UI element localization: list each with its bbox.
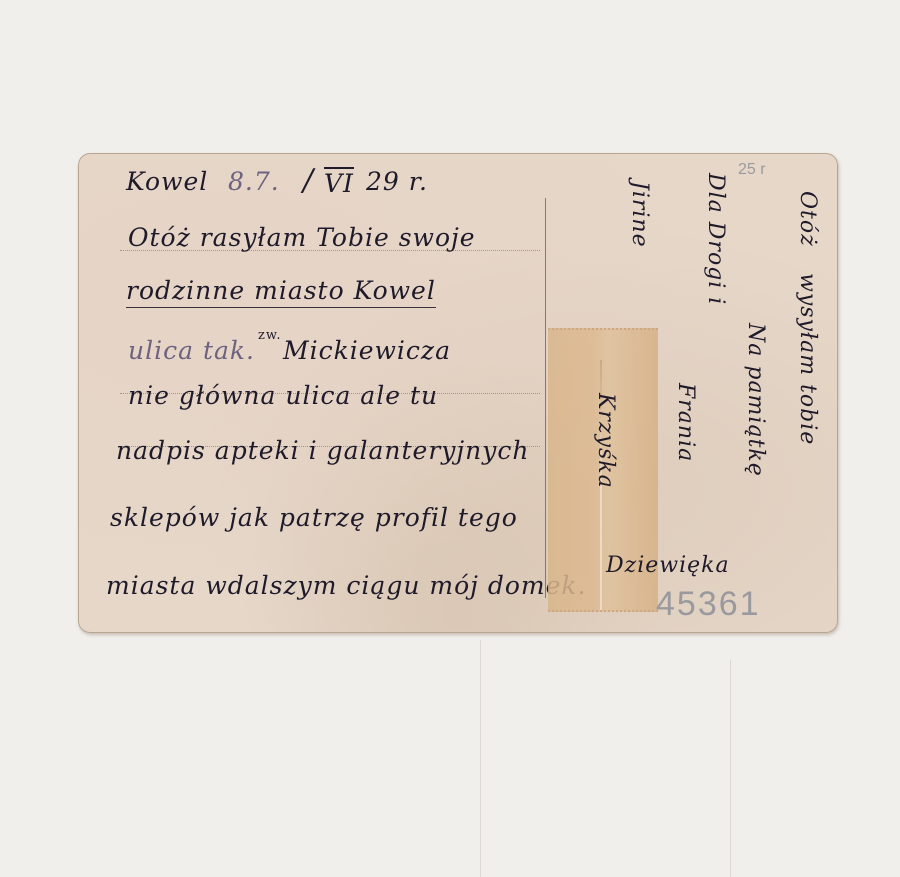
text-line-4: nie główna ulica ale tu bbox=[128, 381, 438, 410]
date-slash: / bbox=[303, 163, 314, 198]
text-line-3: ulica tak. bbox=[128, 336, 255, 365]
date-month: VI bbox=[324, 167, 354, 198]
address-divider bbox=[545, 198, 546, 598]
right-signature: Dziewięka bbox=[606, 553, 730, 578]
scan-streak bbox=[480, 640, 481, 877]
right-line-pamiatke: Na pamiątkę bbox=[743, 323, 768, 477]
text-line-5: nadpis apteki i galanteryjnych bbox=[116, 436, 529, 465]
text-line-3-name: Mickiewicza bbox=[283, 336, 451, 365]
right-line-krzyska: Krzyśka bbox=[593, 393, 618, 489]
right-line-frania: Frania bbox=[673, 383, 698, 462]
right-line-dla-drogi: Dla Drogi i bbox=[703, 173, 728, 305]
right-line-otoz: Otóż bbox=[795, 191, 820, 247]
date-year: 29 r. bbox=[366, 167, 428, 196]
postcard: Kowel 8.7. / VI 29 r. Otóż rasyłam Tobie… bbox=[78, 153, 838, 633]
pencil-inventory-number: 45361 bbox=[656, 585, 761, 624]
right-line-jirine: Jirine bbox=[627, 181, 652, 248]
text-line-3-sup: zw. bbox=[258, 328, 282, 343]
text-line-1: Otóż rasyłam Tobie swoje bbox=[128, 223, 476, 252]
date-place: Kowel bbox=[126, 167, 208, 196]
scan-streak bbox=[730, 660, 731, 877]
pencil-note-top: 25 r bbox=[738, 161, 766, 179]
text-line-7: miasta wdalszym ciągu mój domek. bbox=[106, 571, 586, 600]
right-line-wyslam: wysyłam tobie bbox=[795, 273, 820, 445]
text-line-2: rodzinne miasto Kowel bbox=[126, 276, 436, 308]
date-day: 8.7. bbox=[228, 167, 280, 196]
text-line-6: sklepów jak patrzę profil tego bbox=[110, 503, 518, 532]
